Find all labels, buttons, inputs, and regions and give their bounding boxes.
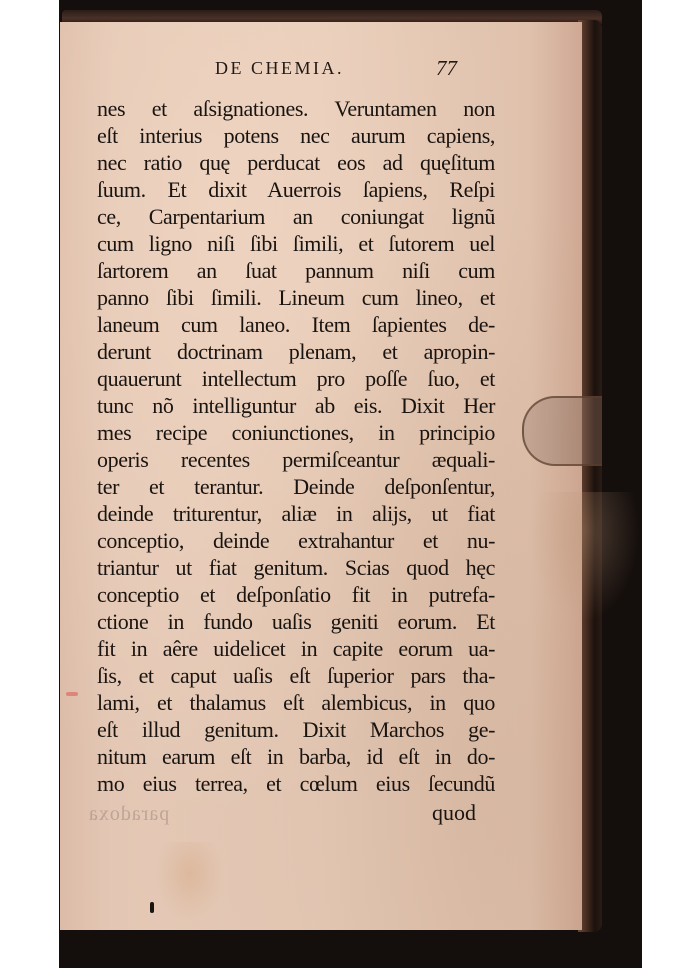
- text-line: quauerunt intellectum pro poſſe ſuo, et: [97, 366, 495, 392]
- text-line: conceptio, deinde extrahantur et nu-: [97, 528, 495, 554]
- water-stain: [530, 492, 640, 622]
- text-line: laneum cum laneo. Item ſapientes de-: [97, 312, 495, 338]
- text-line: fit in aêre uidelicet in capite eorum ua…: [97, 636, 495, 662]
- text-line: ſuum. Et dixit Auerrois ſapiens, Reſpi: [97, 177, 495, 203]
- text-line: mo eius terrea, et cœlum eius ſecundũ: [97, 771, 495, 797]
- text-line: cum ligno niſi ſibi ſimili, et ſutorem u…: [97, 231, 495, 257]
- bleed-through-text: paradoxa: [88, 803, 169, 826]
- text-line: ctione in fundo uaſis geniti eorum. Et: [97, 609, 495, 635]
- red-mark: [66, 692, 78, 696]
- text-line: nitum earum eſt in barba, id eſt in do-: [97, 744, 495, 770]
- text-line: ter et terantur. Deinde deſponſentur,: [97, 474, 495, 500]
- text-line: nec ratio quę perducat eos ad quęſitum: [97, 150, 495, 176]
- page-number: 77: [436, 56, 457, 81]
- text-line: operis recentes permiſceantur æquali-: [97, 447, 495, 473]
- text-line: ſis, et caput uaſis eſt ſuperior pars th…: [97, 663, 495, 689]
- text-line: lami, et thalamus eſt alembicus, in quo: [97, 690, 495, 716]
- text-line: conceptio et deſponſatio fit in putrefa-: [97, 582, 495, 608]
- text-line: nes et aſsignationes. Veruntamen non: [97, 96, 495, 122]
- text-line: tunc nõ intelliguntur ab eis. Dixit Her: [97, 393, 495, 419]
- text-line: ce, Carpentarium an coniungat lignũ: [97, 204, 495, 230]
- running-head: DE CHEMIA.: [215, 58, 344, 79]
- text-line: ſartorem an ſuat pannum niſi cum: [97, 258, 495, 284]
- text-line: derunt doctrinam plenam, et apropin-: [97, 339, 495, 365]
- text-line: triantur ut fiat genitum. Scias quod hęc: [97, 555, 495, 581]
- foxing-stain: [155, 842, 225, 922]
- text-line: eſt interius potens nec aurum capiens,: [97, 123, 495, 149]
- text-line: deinde triturentur, aliæ in alijs, ut fi…: [97, 501, 495, 527]
- page-clip-tab: [522, 396, 602, 466]
- catchword: quod: [432, 800, 476, 826]
- text-line: panno ſibi ſimili. Lineum cum lineo, et: [97, 285, 495, 311]
- text-line: eſt illud genitum. Dixit Marchos ge-: [97, 717, 495, 743]
- text-line: mes recipe coniunctiones, in principio: [97, 420, 495, 446]
- ink-spot: [150, 902, 154, 913]
